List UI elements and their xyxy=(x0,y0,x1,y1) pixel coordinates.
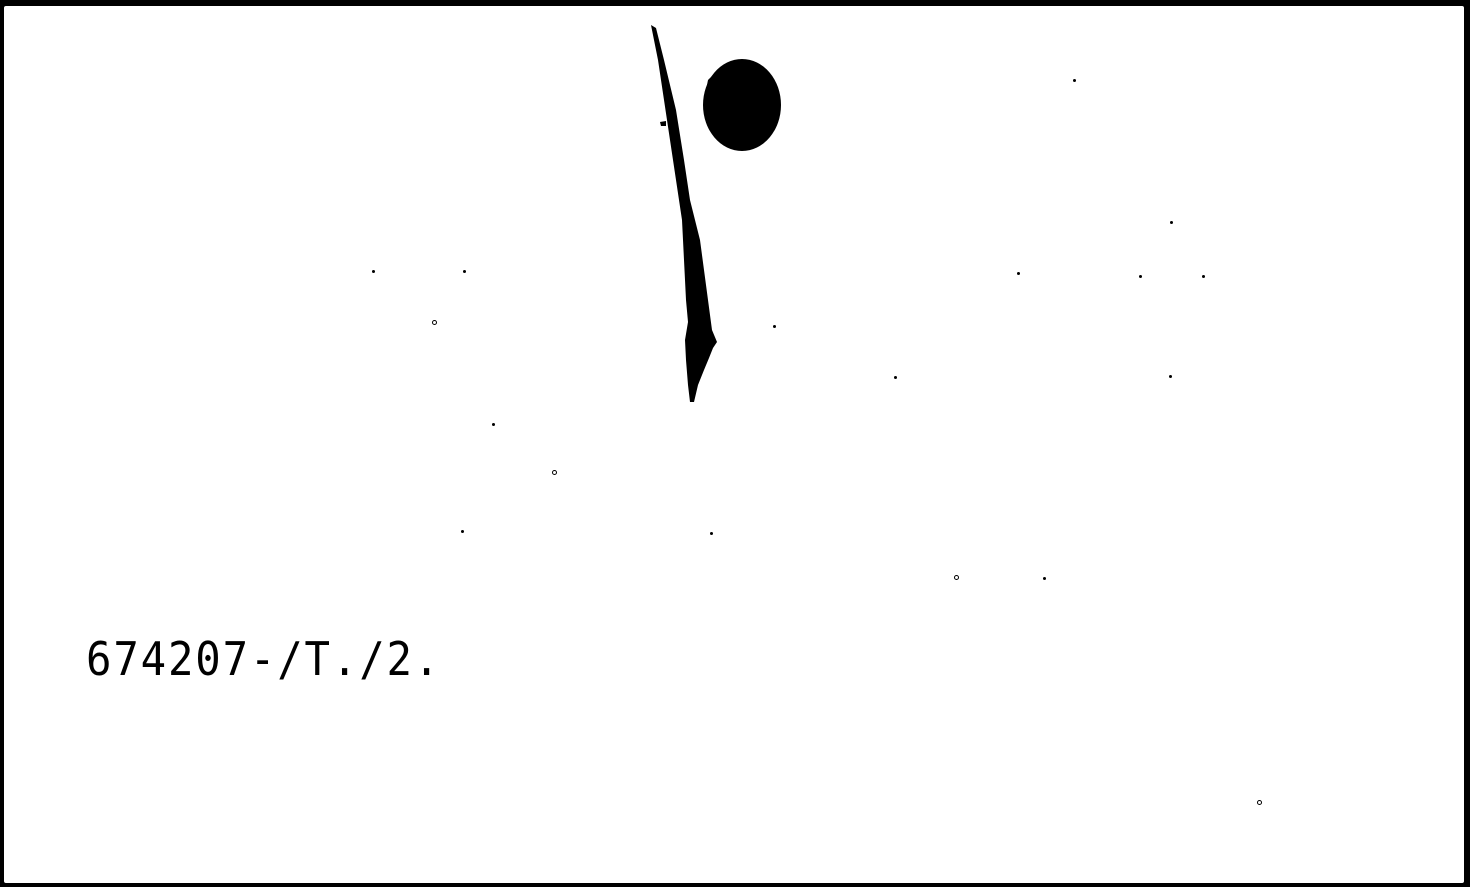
speck xyxy=(954,575,959,580)
speck xyxy=(1170,221,1173,224)
speck xyxy=(1073,79,1076,82)
catalog-number: 674207-/T./2. xyxy=(86,632,441,686)
speck xyxy=(1169,375,1172,378)
speck xyxy=(1043,577,1046,580)
speck xyxy=(894,376,897,379)
speck xyxy=(1017,272,1020,275)
speck xyxy=(463,270,466,273)
speck xyxy=(432,320,437,325)
index-card xyxy=(4,6,1464,883)
speck xyxy=(492,423,495,426)
speck xyxy=(461,530,464,533)
speck xyxy=(1139,275,1142,278)
speck xyxy=(1202,275,1205,278)
speck xyxy=(773,325,776,328)
speck xyxy=(552,470,557,475)
speck xyxy=(1257,800,1262,805)
speck xyxy=(372,270,375,273)
speck xyxy=(710,532,713,535)
